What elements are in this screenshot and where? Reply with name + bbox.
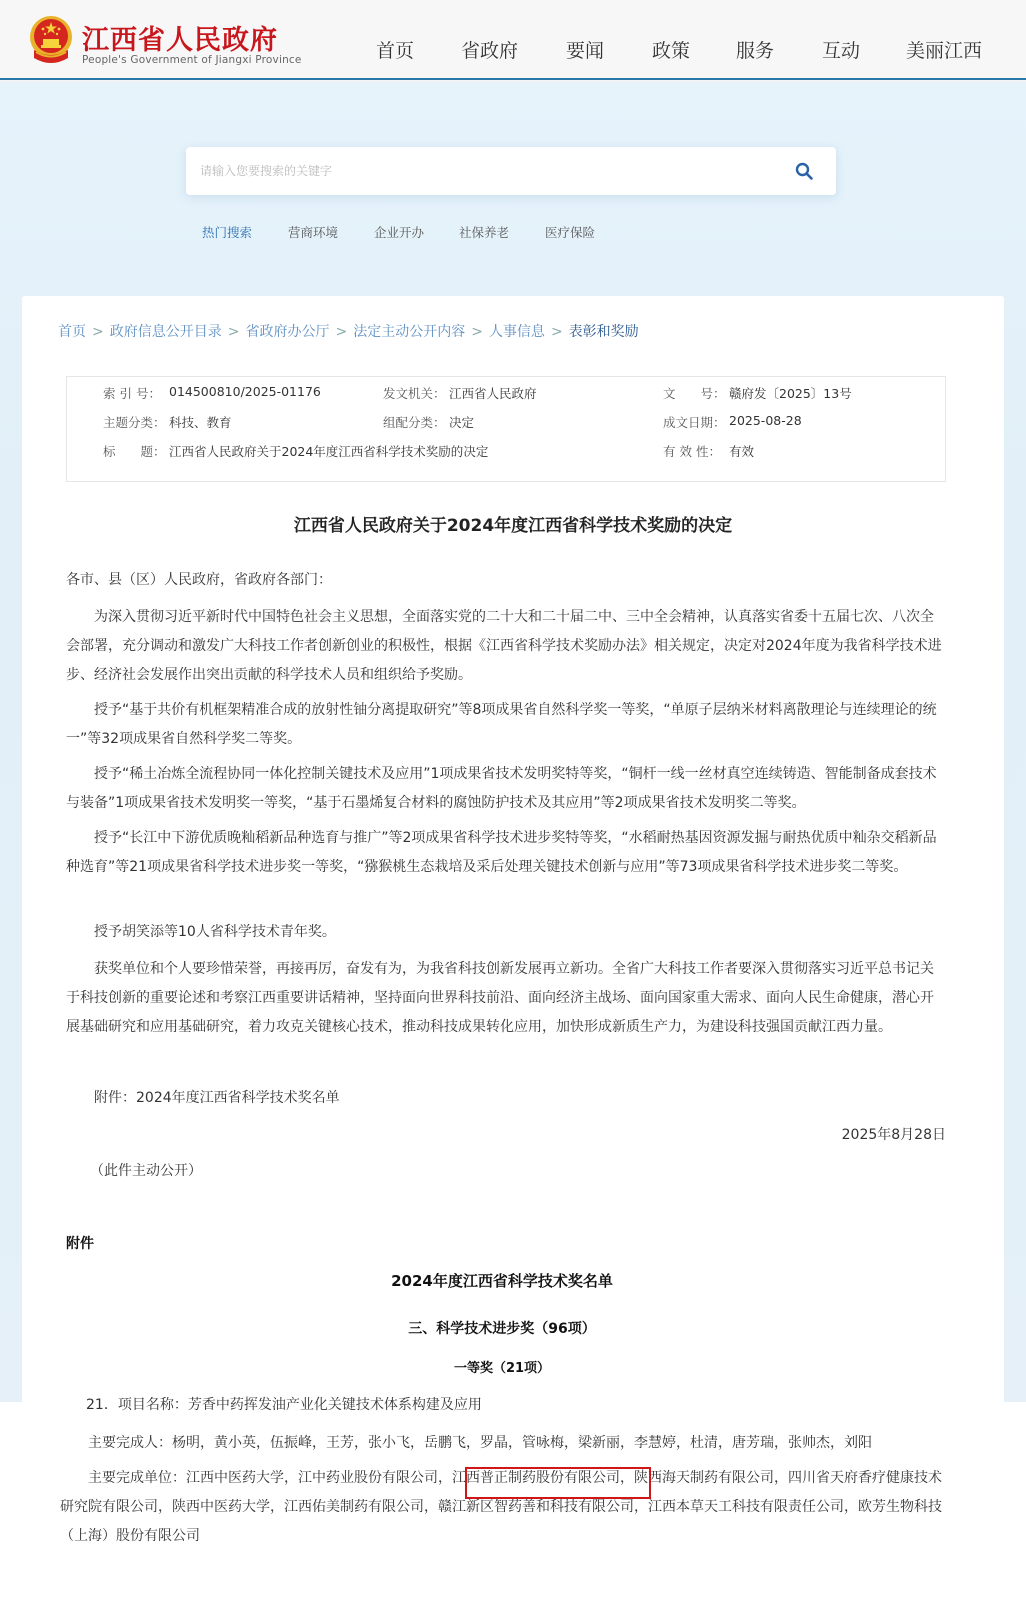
- issuer-value: 江西省人民政府: [449, 384, 537, 402]
- paragraph-progress: 授予“长江中下游优质晚籼稻新品种选育与推广”等2项成果省科学技术进步奖特等奖，“…: [66, 824, 946, 882]
- hot-search-company-registration[interactable]: 企业开办: [374, 223, 424, 241]
- paragraph-natural-science: 授予“基于共价有机框架精准合成的放射性铀分离提取研究”等8项成果省自然科学奖一等…: [66, 696, 946, 754]
- main-contributors: 主要完成人：杨明，黄小英，伍振峰，王芳，张小飞，岳鹏飞，罗晶，管咏梅，梁新丽，李…: [60, 1429, 950, 1458]
- search-box: [186, 147, 836, 195]
- attachment-link[interactable]: 附件：2024年度江西省科学技术奖名单: [66, 1084, 946, 1113]
- search-icon[interactable]: [794, 161, 814, 181]
- title-label: 标 题：: [103, 442, 166, 460]
- breadcrumb-separator: >: [335, 324, 347, 340]
- annex-section: 三、科学技术进步奖（96项）: [0, 1315, 1004, 1344]
- nav-home[interactable]: 首页: [376, 36, 414, 63]
- document-metadata: 索 引 号： 014500810/2025-01176 发文机关： 江西省人民政…: [66, 376, 946, 482]
- issuer-label: 发文机关：: [383, 384, 446, 402]
- breadcrumb-separator: >: [551, 324, 563, 340]
- nav-policy[interactable]: 政策: [652, 36, 690, 63]
- hot-search-medical-insurance[interactable]: 医疗保险: [545, 223, 595, 241]
- breadcrumb-personnel-info[interactable]: 人事信息: [489, 324, 545, 340]
- document-title: 江西省人民政府关于2024年度江西省科学技术奖励的决定: [0, 511, 1026, 536]
- index-label: 索 引 号：: [103, 384, 161, 402]
- breadcrumb-separator: >: [92, 324, 104, 340]
- breadcrumb-separator: >: [228, 324, 240, 340]
- breadcrumb-statutory-content[interactable]: 法定主动公开内容: [353, 324, 465, 340]
- category-value: 决定: [449, 413, 474, 431]
- units-highlighted: 江西普正制药股份有限公司，: [452, 1470, 634, 1486]
- site-subtitle: People's Government of Jiangxi Province: [82, 54, 302, 66]
- annex-subsection: 一等奖（21项）: [0, 1354, 1004, 1383]
- national-emblem-icon[interactable]: [28, 14, 74, 68]
- breadcrumb-separator: >: [471, 324, 483, 340]
- salutation: 各市、县（区）人民政府，省政府各部门：: [66, 566, 946, 595]
- docno-value: 赣府发〔2025〕13号: [729, 384, 852, 402]
- hot-search-business-environment[interactable]: 营商环境: [288, 223, 338, 241]
- nav-interaction[interactable]: 互动: [822, 36, 860, 63]
- public-note: （此件主动公开）: [90, 1157, 970, 1186]
- project-name: 21．项目名称：芳香中药挥发油产业化关键技术体系构建及应用: [86, 1391, 966, 1420]
- nav-services[interactable]: 服务: [736, 36, 774, 63]
- paragraph-intro: 为深入贯彻习近平新时代中国特色社会主义思想，全面落实党的二十大和二十届二中、三中…: [66, 603, 946, 690]
- paragraph-youth: 授予胡笑添等10人省科学技术青年奖。: [66, 918, 946, 947]
- hot-search-label: 热门搜索: [202, 223, 252, 241]
- document-date: 2025年8月28日: [66, 1121, 946, 1150]
- docno-label: 文 号：: [663, 384, 726, 402]
- breadcrumb-home[interactable]: 首页: [58, 324, 86, 340]
- index-value: 014500810/2025-01176: [169, 384, 321, 399]
- breadcrumb-current[interactable]: 表彰和奖励: [569, 324, 639, 340]
- paragraph-invention: 授予“稀土冶炼全流程协同一体化控制关键技术及应用”1项成果省技术发明奖特等奖，“…: [66, 760, 946, 818]
- annex-title: 2024年度江西省科学技术奖名单: [0, 1267, 1004, 1296]
- validity-value: 有效: [729, 442, 754, 460]
- nav-provincial-government[interactable]: 省政府: [461, 36, 518, 63]
- breadcrumb-info-catalog[interactable]: 政府信息公开目录: [110, 324, 222, 340]
- breadcrumb-general-office[interactable]: 省政府办公厅: [245, 324, 329, 340]
- search-input[interactable]: [200, 147, 770, 195]
- hot-search-social-security[interactable]: 社保养老: [459, 223, 509, 241]
- validity-label: 有 效 性：: [663, 442, 721, 460]
- site-header: 江西省人民政府 People's Government of Jiangxi P…: [0, 0, 1026, 80]
- nav-beautiful-jiangxi[interactable]: 美丽江西: [906, 36, 982, 63]
- topic-value: 科技、教育: [169, 413, 232, 431]
- breadcrumb: 首页>政府信息公开目录>省政府办公厅>法定主动公开内容>人事信息>表彰和奖励: [58, 321, 639, 341]
- paragraph-closing: 获奖单位和个人要珍惜荣誉，再接再厉，奋发有为，为我省科技创新发展再立新功。全省广…: [66, 955, 946, 1042]
- date-label: 成文日期：: [663, 413, 726, 431]
- date-value: 2025-08-28: [729, 413, 802, 428]
- category-label: 组配分类：: [383, 413, 446, 431]
- main-units: 主要完成单位：江西中医药大学，江中药业股份有限公司，江西普正制药股份有限公司，陕…: [60, 1464, 950, 1551]
- nav-news[interactable]: 要闻: [566, 36, 604, 63]
- site-title[interactable]: 江西省人民政府: [82, 18, 278, 57]
- title-value: 江西省人民政府关于2024年度江西省科学技术奖励的决定: [169, 442, 488, 460]
- topic-label: 主题分类：: [103, 413, 166, 431]
- annex-label: 附件: [66, 1230, 946, 1259]
- units-prefix: 主要完成单位：江西中医药大学，江中药业股份有限公司，: [88, 1470, 452, 1486]
